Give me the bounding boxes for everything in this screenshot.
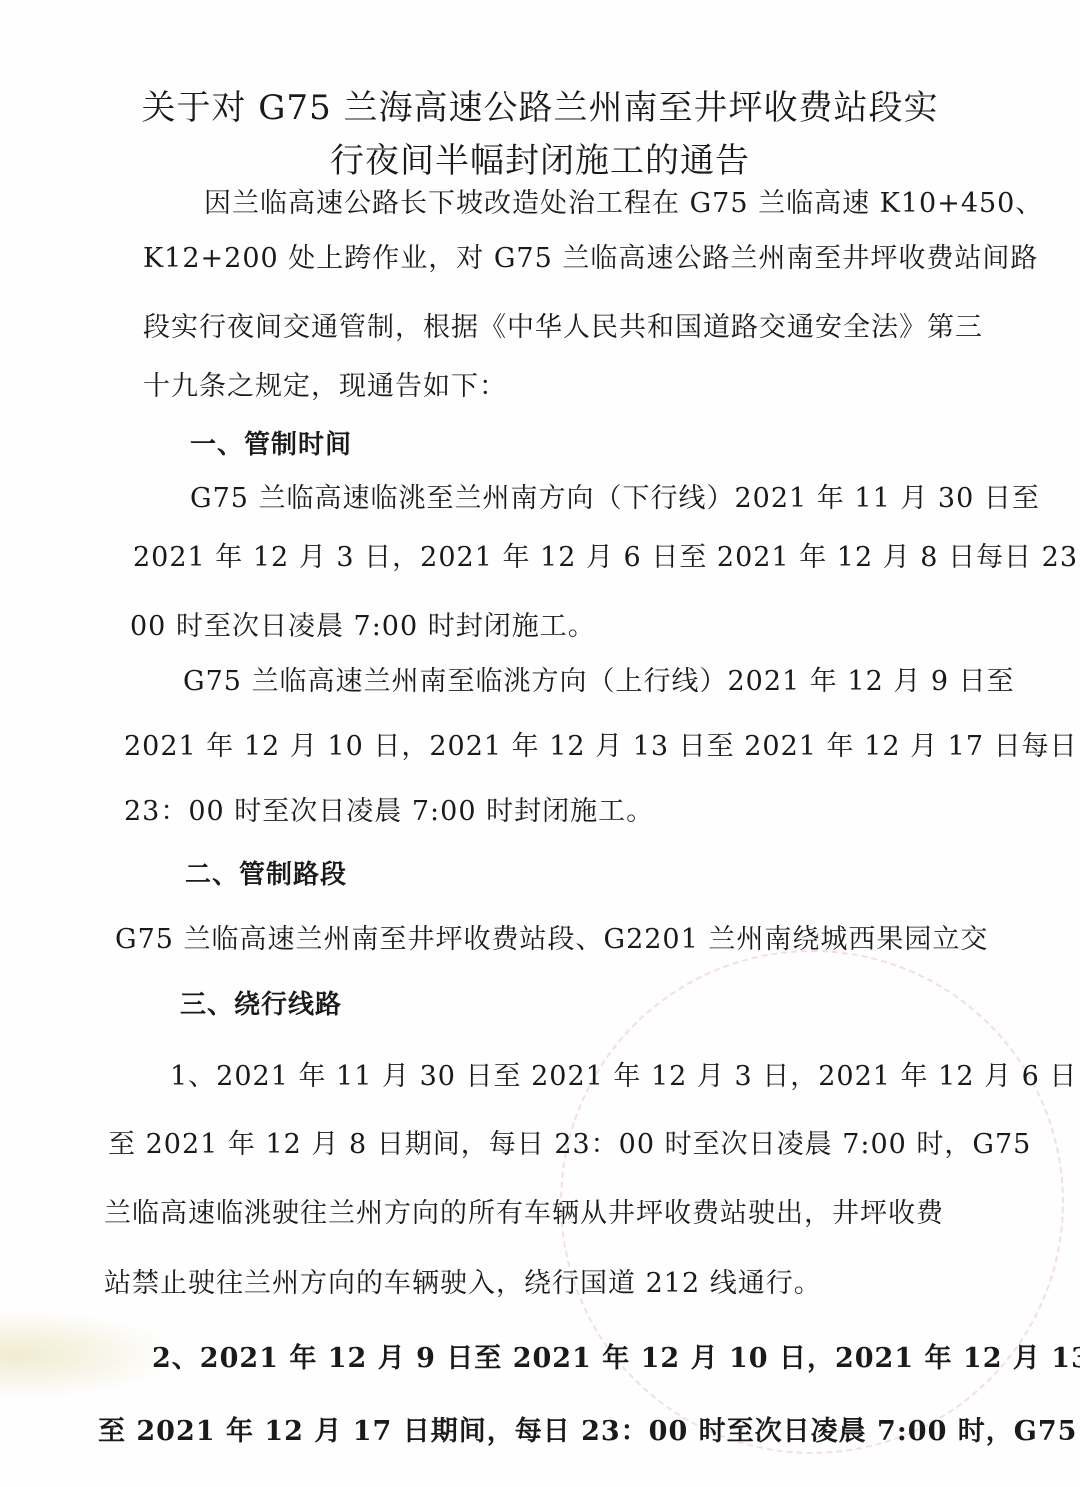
paragraph-line: G75 兰临高速临洮至兰州南方向（下行线）2021 年 11 月 30 日至 (190, 482, 1040, 516)
intro-line: 段实行夜间交通管制，根据《中华人民共和国道路交通安全法》第三 (143, 311, 983, 345)
paragraph-line: 2、2021 年 12 月 9 日至 2021 年 12 月 10 日，2021… (152, 1342, 1080, 1376)
paragraph-line: 1、2021 年 11 月 30 日至 2021 年 12 月 3 日，2021… (170, 1060, 1077, 1094)
paragraph-line: 至 2021 年 12 月 8 日期间，每日 23：00 时至次日凌晨 7:00… (108, 1128, 1031, 1162)
title-line-2: 行夜间半幅封闭施工的通告 (0, 133, 1080, 182)
title-line-1: 关于对 G75 兰海高速公路兰州南至井坪收费站段实 (0, 80, 1080, 129)
section-heading-detour-route: 三、绕行线路 (180, 988, 342, 1022)
paragraph-line: 2021 年 12 月 10 日，2021 年 12 月 13 日至 2021 … (124, 730, 1078, 764)
paragraph-line: 至 2021 年 12 月 17 日期间，每日 23：00 时至次日凌晨 7:0… (98, 1415, 1077, 1449)
paragraph-line: 2021 年 12 月 3 日，2021 年 12 月 6 日至 2021 年 … (133, 541, 1080, 575)
section-heading-control-time: 一、管制时间 (190, 428, 352, 462)
paragraph-line: 23：00 时至次日凌晨 7:00 时封闭施工。 (124, 795, 654, 829)
section-heading-control-section: 二、管制路段 (185, 858, 347, 892)
intro-line: 十九条之规定，现通告如下： (143, 370, 507, 404)
paragraph-line: 兰临高速临洮驶往兰州方向的所有车辆从井坪收费站驶出，井坪收费 (104, 1197, 944, 1231)
paragraph-line: 站禁止驶往兰州方向的车辆驶入，绕行国道 212 线通行。 (104, 1267, 822, 1301)
paragraph-line: G75 兰临高速兰州南至临洮方向（上行线）2021 年 12 月 9 日至 (183, 665, 1015, 699)
paragraph-line: G75 兰临高速兰州南至井坪收费站段、G2201 兰州南绕城西果园立交 (115, 923, 988, 957)
paragraph-line: 00 时至次日凌晨 7:00 时封闭施工。 (130, 610, 596, 644)
intro-line: 因兰临高速公路长下坡改造处治工程在 G75 兰临高速 K10+450、 (204, 187, 1043, 221)
intro-line: K12+200 处上跨作业，对 G75 兰临高速公路兰州南至井坪收费站间路 (143, 242, 1038, 276)
